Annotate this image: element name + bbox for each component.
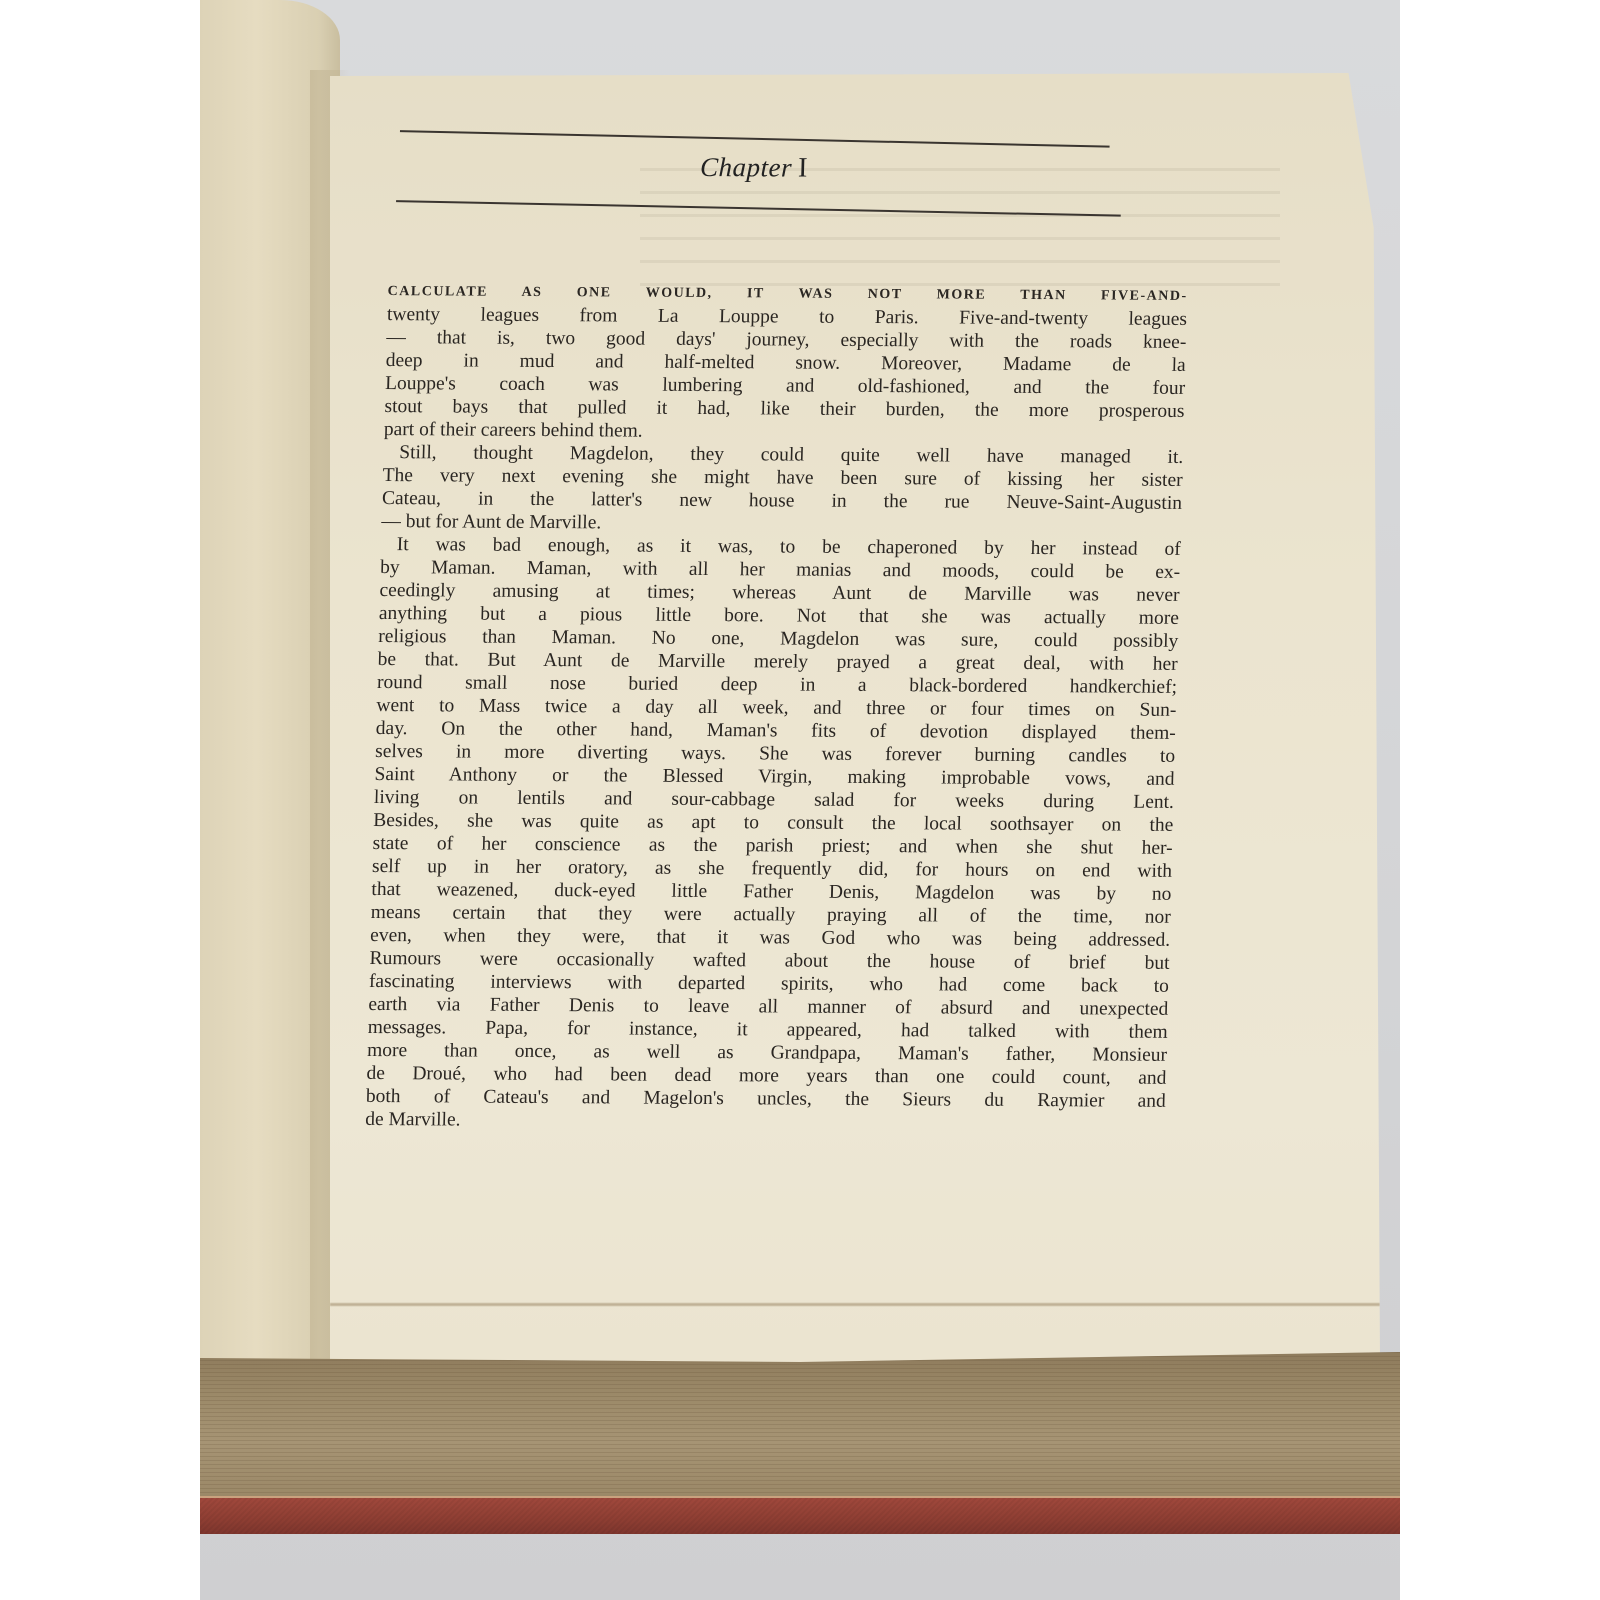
paragraph: CALCULATE AS ONE WOULD, IT WAS NOT MORE …: [384, 280, 1188, 446]
book-photo: ChapterI CALCULATE AS ONE WOULD, IT WAS …: [200, 0, 1400, 1600]
cloth-cover-edge: [200, 1496, 1400, 1534]
chapter-label: Chapter: [700, 152, 793, 183]
chapter-number: I: [798, 153, 809, 184]
paragraph: Still, thought Magdelon, they could quit…: [381, 441, 1183, 538]
chapter-heading: ChapterI: [379, 150, 1130, 187]
chapter-rule-bottom: [396, 200, 1121, 217]
page-content: ChapterI CALCULATE AS ONE WOULD, IT WAS …: [353, 130, 1320, 1137]
paragraph: It was bad enough, as it was, to be chap…: [365, 533, 1181, 1136]
text-line: both of Cateau's and Magelon's uncles, t…: [366, 1085, 1167, 1113]
text-line: de Marville.: [365, 1108, 1166, 1136]
page-block-edge: [200, 1352, 1400, 1502]
chapter-body: CALCULATE AS ONE WOULD, IT WAS NOT MORE …: [365, 280, 1188, 1136]
